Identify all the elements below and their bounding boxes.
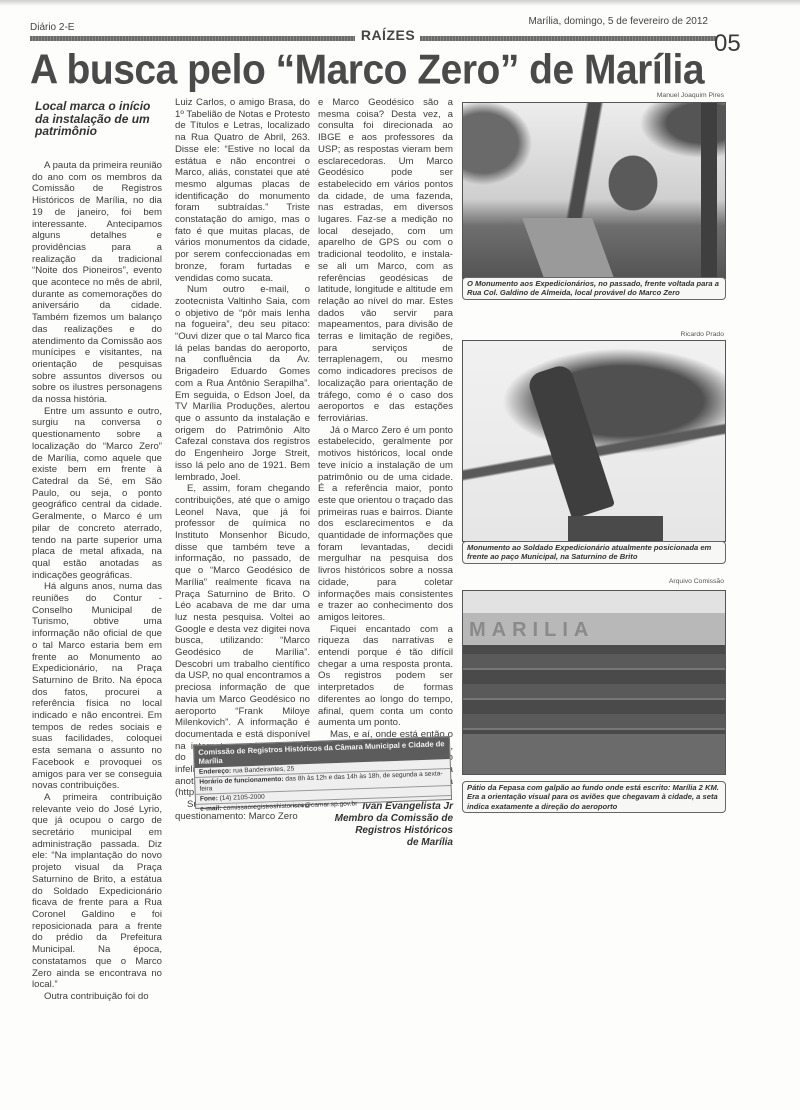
email-label: e-mail:: [200, 805, 221, 813]
hours-label: Horário de funcionamento:: [199, 776, 283, 786]
photo-soldier-statue: [462, 340, 726, 542]
paragraph: Fiquei encantado com a riqueza das narra…: [318, 624, 453, 729]
paragraph: A primeira contribuição relevante veio d…: [32, 792, 162, 991]
article-headline: A busca pelo “Marco Zero” de Marília: [30, 47, 730, 95]
edition-label: Diário 2-E: [30, 22, 74, 33]
tree-trunk: [701, 103, 717, 278]
photo-caption: Pátio da Fepasa com galpão ao fundo onde…: [462, 781, 726, 813]
photo-caption: Monumento ao Soldado Expedicionário atua…: [462, 541, 726, 564]
paragraph: Entre um assunto e outro, surgiu na conv…: [32, 406, 162, 582]
paragraph: Já o Marco Zero é um ponto estabelecido,…: [318, 425, 453, 624]
section-title: RAÍZES: [356, 27, 420, 43]
stone-path: [522, 218, 614, 278]
rail-ground: [463, 734, 725, 774]
photo-sky: [463, 591, 725, 613]
article-column-1: A pauta da primeira reunião do ano com o…: [32, 160, 162, 1003]
photo-monument-past: [462, 102, 726, 279]
paragraph: Há alguns anos, numa das reuniões do Con…: [32, 581, 162, 792]
article-column-2: Luiz Carlos, o amigo Brasa, do 1º Tabeli…: [175, 97, 310, 823]
commission-info-box: Comissão de Registros Históricos da Câma…: [193, 736, 452, 809]
paragraph: Num outro e-mail, o zootecnista Valtinho…: [175, 284, 310, 483]
header-rule-right: [420, 36, 716, 41]
header-rule-left: [30, 36, 355, 41]
photo-credit: Arquivo Comissão: [560, 578, 724, 585]
statue-pedestal: [568, 516, 663, 541]
photo-credit: Manuel Joaquim Pires: [560, 92, 724, 99]
photo-caption: O Monumento aos Expedicionários, no pass…: [462, 277, 726, 300]
paragraph: Outra contribuição foi do: [32, 991, 162, 1003]
paragraph: e Marco Geodésico são a mesma coisa? Des…: [318, 97, 453, 425]
photo-credit: Ricardo Prado: [560, 331, 724, 338]
author-role: Registros Históricos: [318, 825, 453, 837]
statue-figure: [526, 363, 615, 520]
photo-fepasa-yard: MARILIA: [462, 590, 726, 775]
paragraph: A pauta da primeira reunião do ano com o…: [32, 160, 162, 406]
paragraph: Luiz Carlos, o amigo Brasa, do 1º Tabeli…: [175, 97, 310, 284]
address-value: rua Bandeirantes, 25: [233, 765, 294, 774]
scan-edge: [0, 0, 800, 6]
address-label: Endereço:: [199, 768, 231, 776]
date-line: Marília, domingo, 5 de fevereiro de 2012: [528, 16, 708, 27]
phone-value: (14) 2105-2000: [220, 794, 265, 803]
roof-lettering: MARILIA: [469, 619, 594, 642]
article-kicker: Local marca o início da instalação de um…: [35, 100, 165, 138]
author-role: Membro da Comissão de: [318, 813, 453, 825]
author-role: de Marília: [318, 837, 453, 849]
phone-label: Fone:: [200, 795, 218, 803]
